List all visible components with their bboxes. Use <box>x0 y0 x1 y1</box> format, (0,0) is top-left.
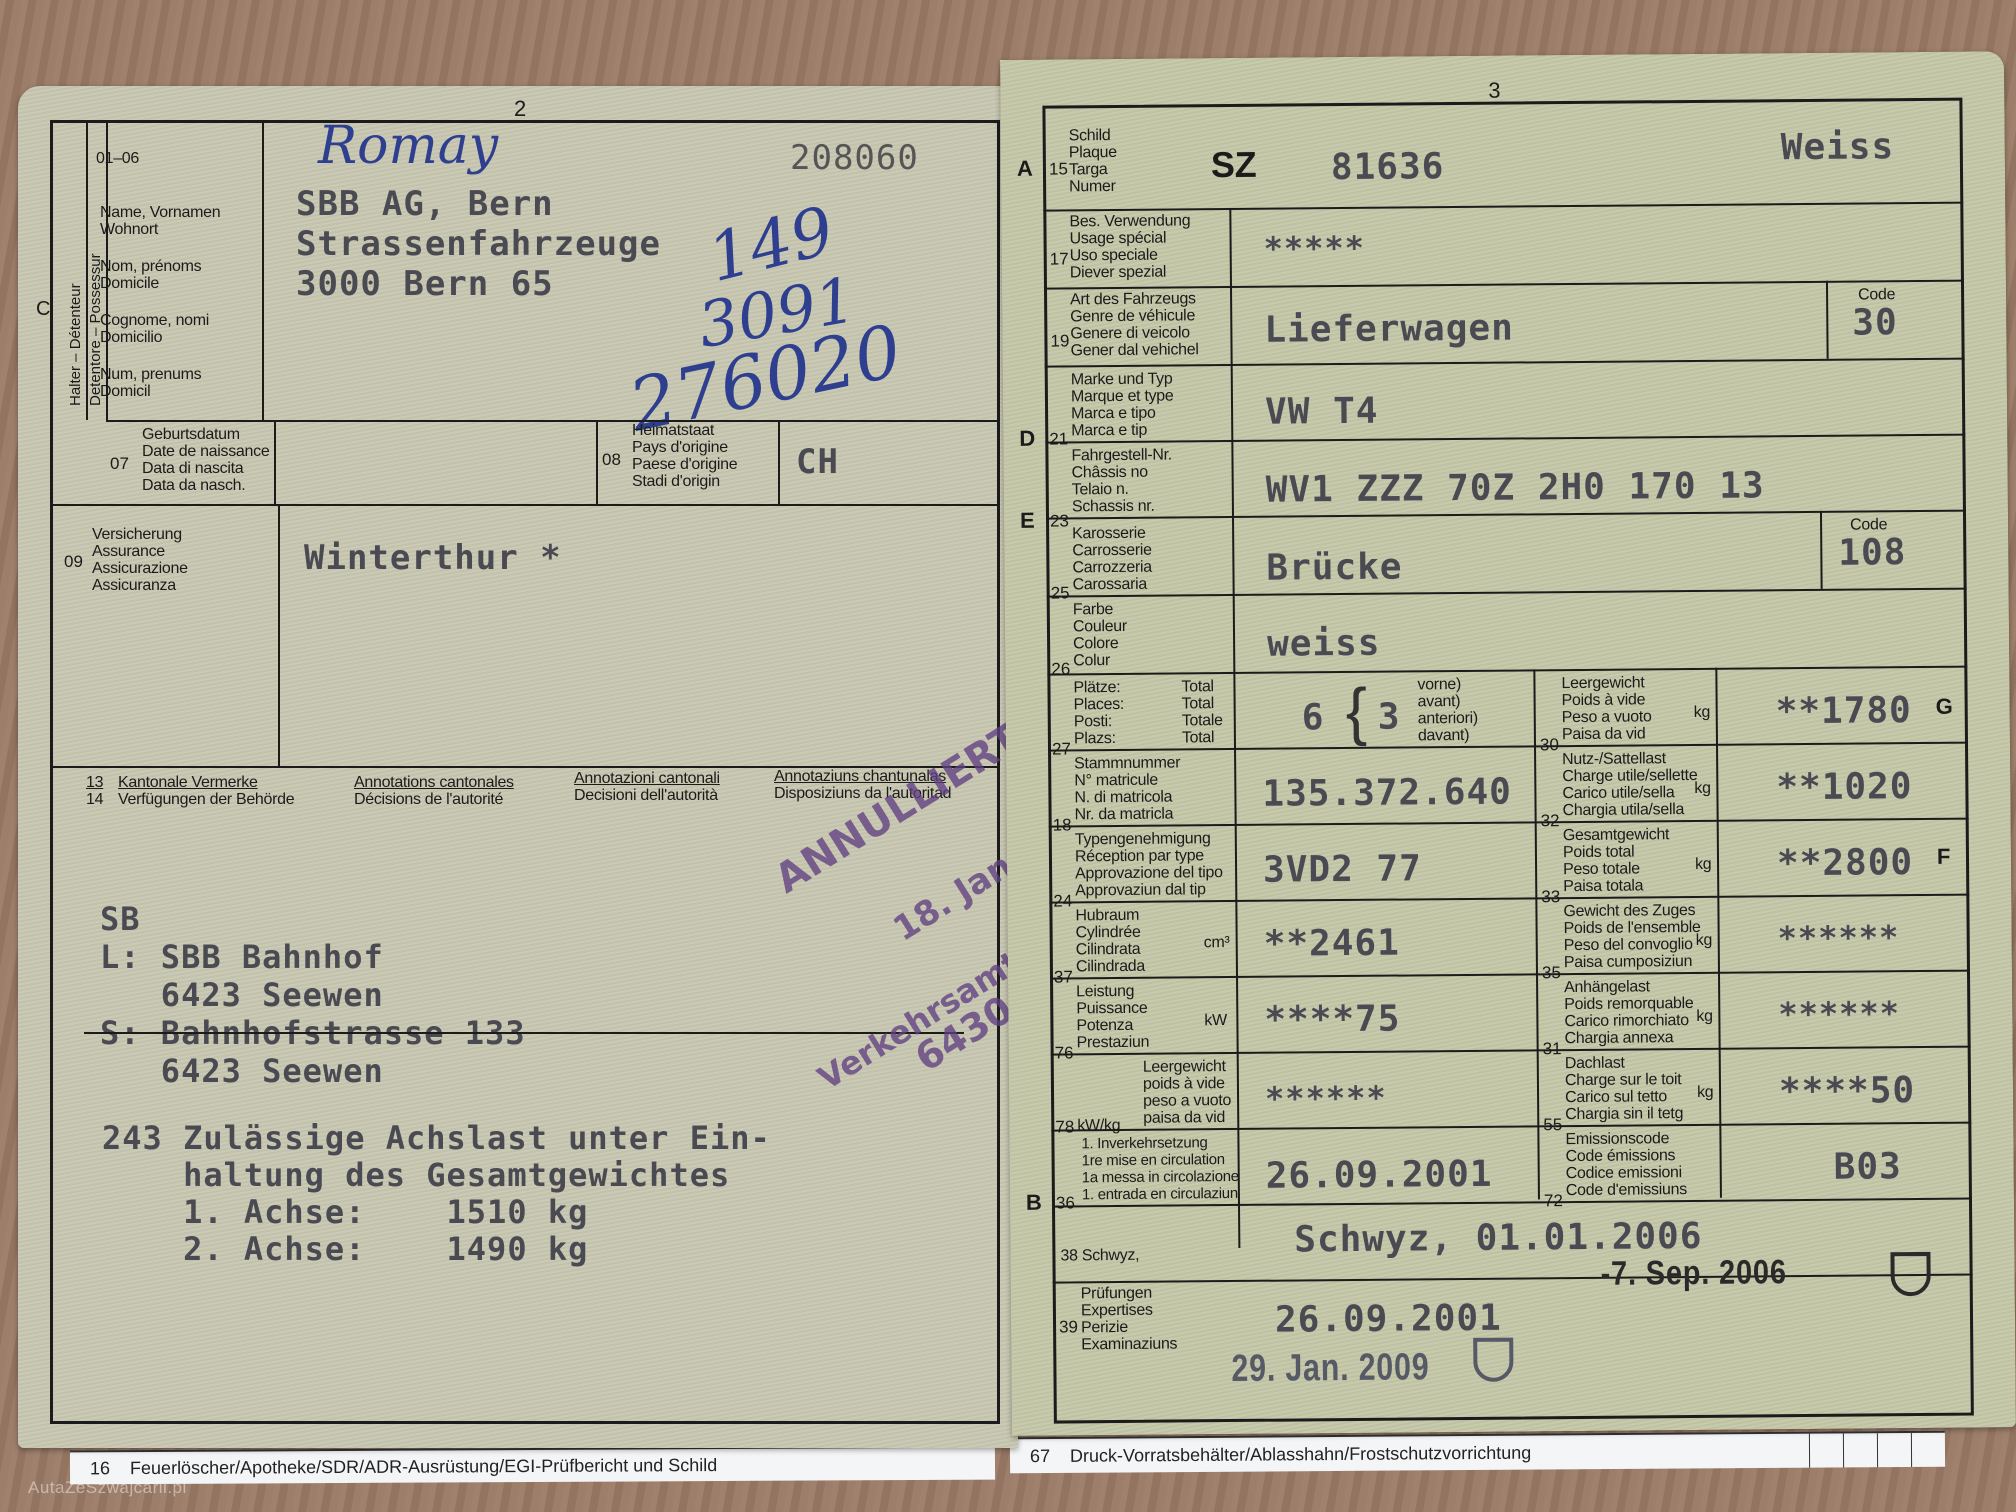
field-17-num: 17 <box>1050 249 1069 269</box>
plate-canton: SZ <box>1211 146 1257 184</box>
field-33-unit: kg <box>1695 856 1711 873</box>
make-model-value: VW T4 <box>1265 391 1379 433</box>
field-35-unit: kg <box>1696 932 1712 949</box>
holder-line-1: SBB AG, Bern <box>296 184 554 224</box>
field-72-labels: EmissionscodeCode émissionsCodice emissi… <box>1565 1130 1687 1199</box>
field-33-labels: GesamtgewichtPoids totalPeso totalePaisa… <box>1563 826 1670 895</box>
page-number: 2 <box>514 96 526 122</box>
field-15-num: 15 <box>1049 159 1068 179</box>
bottom-strip-right: 67 Druck-Vorratsbehälter/Ablasshahn/Fros… <box>1010 1431 1945 1474</box>
field-38-label: 38 Schwyz, <box>1060 1247 1139 1265</box>
field-37-labels: HubraumCylindréeCilindrataCilindrada <box>1075 907 1145 976</box>
roof-load-value: ****50 <box>1779 1070 1915 1112</box>
section-letter-e: E <box>1020 508 1035 534</box>
gross-weight-value: **2800 <box>1777 842 1913 884</box>
vehicle-type-value: Lieferwagen <box>1264 308 1514 351</box>
field-13-14-header-fr: Annotations cantonalesDécisions de l'aut… <box>354 774 514 808</box>
field-25-num: 25 <box>1051 583 1070 603</box>
payload-value: **1020 <box>1776 766 1912 808</box>
field-39-labels: PrüfungenExpertisesPerizieExaminaziuns <box>1081 1285 1178 1354</box>
towing-weight-value: ****** <box>1778 994 1900 1033</box>
field-32-unit: kg <box>1694 780 1710 797</box>
field-27-total-labels: TotalTotalTotaleTotal <box>1181 678 1222 746</box>
plate-color: Weiss <box>1781 126 1895 168</box>
page-number: 3 <box>1488 78 1500 104</box>
field-35-labels: Gewicht des ZugesPoids de l'ensemblePeso… <box>1563 902 1701 971</box>
section-letter-d: D <box>1019 426 1035 452</box>
field-17-labels: Bes. VerwendungUsage spécialUso speciale… <box>1069 212 1191 281</box>
train-weight-value: ****** <box>1778 918 1900 957</box>
plate-number: 81636 <box>1331 146 1445 188</box>
field-78-num: 78 <box>1055 1117 1074 1137</box>
field-76-unit: kW <box>1204 1012 1227 1029</box>
field-21-labels: Marke und TypMarque et typeMarca e tipoM… <box>1071 370 1174 439</box>
inspection-stamp-2006: -7. Sep. 2006 <box>1600 1253 1786 1294</box>
canton-shield-icon <box>1890 1252 1930 1296</box>
strip-text: Druck-Vorratsbehälter/Ablasshahn/Frostsc… <box>1070 1442 1531 1466</box>
strip-number: 16 <box>70 1458 130 1479</box>
section-letter-a: A <box>1017 156 1033 182</box>
field-08-labels: HeimatstaatPays d'originePaese d'origine… <box>632 422 737 490</box>
field-55-labels: DachlastCharge sur le toitCarico sul tet… <box>1565 1054 1684 1123</box>
registration-number-value: 135.372.640 <box>1262 772 1512 815</box>
watermark: AutaZeSzwajcarii.pl <box>28 1478 187 1498</box>
vehicle-type-code-label: Code <box>1858 286 1895 303</box>
first-registration-value: 26.09.2001 <box>1266 1154 1493 1197</box>
bottom-strip-left: 16 Feuerlöscher/Apotheke/SDR/ADR-Ausrüst… <box>70 1446 995 1485</box>
field-30-labels: LeergewichtPoids à videPeso a vuotoPaisa… <box>1561 674 1651 743</box>
field-78-labels: Leergewichtpoids à videpeso a vuotopaisa… <box>1143 1058 1232 1127</box>
empty-weight-value: **1780 <box>1776 690 1912 732</box>
field-39-num: 39 <box>1059 1317 1078 1337</box>
field-26-num: 26 <box>1051 659 1070 679</box>
holder-line-3: 3000 Bern 65 <box>296 264 554 304</box>
field-78-unit: kW/kg <box>1077 1117 1120 1134</box>
field-36-num: 36 <box>1056 1193 1075 1213</box>
section-letter-b: B <box>1026 1190 1042 1216</box>
field-18-labels: StammnummerN° matriculeN. di matricolaNr… <box>1074 754 1181 823</box>
field-55-unit: kg <box>1697 1084 1713 1101</box>
origin-value: CH <box>796 442 839 482</box>
field-24-labels: TypengenehmigungRéception par typeApprov… <box>1075 830 1223 899</box>
field-13-14-header-de: Kantonale VermerkeVerfügungen der Behörd… <box>118 774 294 808</box>
left-page: 2 C Halter – Détenteur Detentore – Posse… <box>18 86 1018 1448</box>
front-labels: vorne)avant)anteriori)davant) <box>1417 676 1478 745</box>
type-approval-value: 3VD2 77 <box>1263 848 1422 890</box>
handwritten-name: Romay <box>318 116 498 176</box>
field-25-labels: KarosserieCarrosserieCarrozzeriaCarossar… <box>1072 525 1152 594</box>
vehicle-type-code: 30 <box>1852 302 1898 343</box>
strip-text: Feuerlöscher/Apotheke/SDR/ADR-Ausrüstung… <box>130 1455 717 1479</box>
seats-total: 6 <box>1302 697 1325 738</box>
field-27-labels: Plätze:Places:Posti:Plazs: <box>1073 679 1124 747</box>
canton-shield-icon <box>1473 1338 1513 1382</box>
holder-number: 208060 <box>790 138 919 178</box>
checkbox-cells <box>1809 1433 1945 1468</box>
field-13-14-nums: 1314 <box>86 774 103 808</box>
field-19-num: 19 <box>1050 331 1069 351</box>
holder-line-2: Strassenfahrzeuge <box>296 224 661 264</box>
right-page: 3 A 15 SchildPlaqueTargaNumer SZ 81636 W… <box>1000 51 2016 1436</box>
field-23-labels: Fahrgestell-Nr.Châssis noTelaio n.Schass… <box>1071 447 1172 516</box>
insurance-value: Winterthur * <box>304 538 562 578</box>
body-type-value: Brücke <box>1266 547 1402 589</box>
inspection-date-value: 26.09.2001 <box>1275 1298 1502 1341</box>
emission-code-value: B03 <box>1834 1146 1902 1188</box>
section-letter-f: F <box>1937 844 1951 870</box>
displacement-value: **2461 <box>1264 923 1400 965</box>
inspection-stamp-2009: 29. Jan. 2009 <box>1231 1346 1429 1391</box>
field-08-num: 08 <box>602 450 621 470</box>
chassis-number-value: WV1 ZZZ 70Z 2H0 170 13 <box>1266 465 1765 510</box>
body-type-code: 108 <box>1838 532 1906 574</box>
field-21-num: 21 <box>1049 429 1068 449</box>
field-13-14-header-it: Annotazioni cantonaliDecisioni dell'auto… <box>574 770 720 804</box>
field-01-06-code: 01–06 <box>96 150 139 167</box>
seats-front: 3 <box>1378 697 1401 738</box>
field-07-num: 07 <box>110 454 129 474</box>
field-32-labels: Nutz-/SattellastCharge utile/selletteCar… <box>1562 750 1698 819</box>
section-letter-g: G <box>1936 694 1953 720</box>
field-23-num: 23 <box>1050 511 1069 531</box>
body-type-code-label: Code <box>1850 516 1887 533</box>
axle-load-note: 243 Zulässige Achslast unter Ein- haltun… <box>102 1046 771 1342</box>
field-09-labels: VersicherungAssuranceAssicurazioneAssicu… <box>92 526 188 594</box>
strip-number: 67 <box>1010 1445 1070 1466</box>
power-weight-value: ****** <box>1265 1079 1387 1118</box>
field-07-labels: GeburtsdatumDate de naissanceData di nas… <box>142 426 269 494</box>
section-letter-c: C <box>36 298 50 321</box>
field-09-num: 09 <box>64 552 83 572</box>
field-36-labels: 1. Inverkehrsetzung1re mise en circulati… <box>1081 1134 1239 1203</box>
holder-label-1: Halter – Détenteur <box>68 283 84 406</box>
field-19-labels: Art des FahrzeugsGenre de véhiculeGenere… <box>1070 290 1199 359</box>
color-value: weiss <box>1267 623 1381 665</box>
field-01-06-labels: Name, VornamenWohnort Nom, prénomsDomici… <box>100 204 220 400</box>
field-15-labels: SchildPlaqueTargaNumer <box>1069 127 1118 195</box>
field-26-labels: FarbeCouleurColoreColur <box>1073 601 1128 669</box>
field-37-unit: cm³ <box>1204 934 1230 951</box>
field-76-labels: LeistungPuissancePotenzaPrestaziun <box>1076 983 1149 1052</box>
field-30-unit: kg <box>1694 704 1710 721</box>
field-31-labels: AnhängelastPoids remorquableCarico rimor… <box>1564 978 1694 1047</box>
field-31-unit: kg <box>1696 1008 1712 1025</box>
brace-icon: { <box>1345 677 1367 745</box>
power-value: ****75 <box>1264 999 1400 1041</box>
special-use-value: ***** <box>1263 229 1365 268</box>
